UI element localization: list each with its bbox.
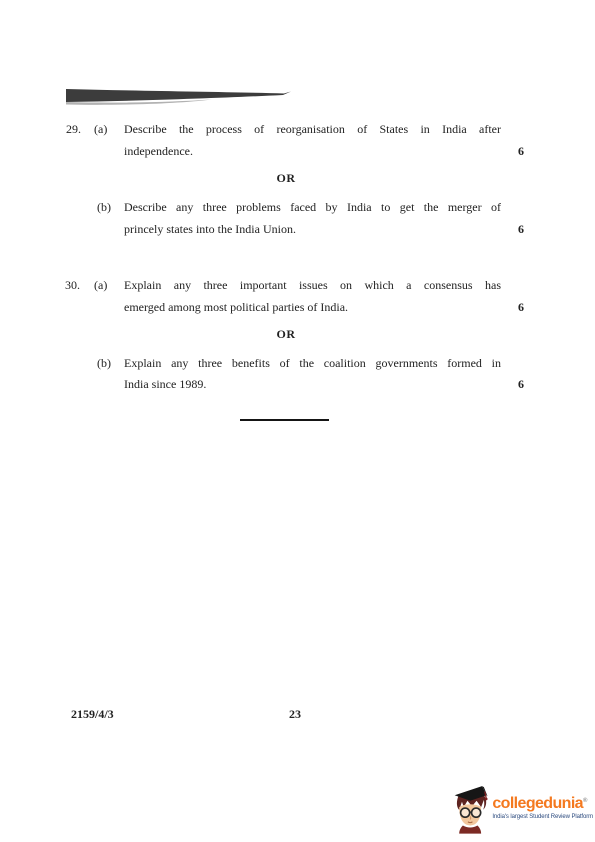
- ink-smear-artifact: [62, 84, 294, 108]
- marks-value: 6: [518, 144, 524, 159]
- brand-name: collegedunia: [492, 795, 583, 812]
- question-number: 30.: [65, 278, 80, 293]
- question-line: emerged among most political parties of …: [124, 300, 501, 315]
- question-line: Explain any three benefits of the coalit…: [124, 356, 501, 371]
- part-label: (a): [94, 122, 107, 137]
- registered-trademark-icon: ®: [583, 798, 587, 804]
- part-label: (b): [97, 356, 111, 371]
- paper-code: 2159/4/3: [71, 707, 114, 722]
- marks-value: 6: [518, 222, 524, 237]
- part-label: (b): [97, 200, 111, 215]
- question-line: India since 1989.: [124, 377, 501, 392]
- marks-value: 6: [518, 300, 524, 315]
- page-number: 23: [281, 707, 309, 722]
- scanned-exam-page: 29. (a) Describe the process of reorgani…: [0, 0, 595, 842]
- question-line: princely states into the India Union.: [124, 222, 501, 237]
- student-mascot-icon: [451, 781, 489, 837]
- part-label: (a): [94, 278, 107, 293]
- brand-tagline: India's largest Student Review Platform: [492, 814, 593, 820]
- or-separator: OR: [240, 327, 332, 342]
- question-line: Describe the process of reorganisation o…: [124, 122, 501, 137]
- collegedunia-logo: collegedunia® India's largest Student Re…: [451, 781, 593, 838]
- end-of-questions-rule: [240, 419, 329, 421]
- brand-wordmark: collegedunia®: [492, 793, 593, 812]
- question-line: Explain any three important issues on wh…: [124, 278, 501, 293]
- marks-value: 6: [518, 377, 524, 392]
- question-line: Describe any three problems faced by Ind…: [124, 200, 501, 215]
- question-line: independence.: [124, 144, 501, 159]
- or-separator: OR: [240, 171, 332, 186]
- question-number: 29.: [66, 122, 81, 137]
